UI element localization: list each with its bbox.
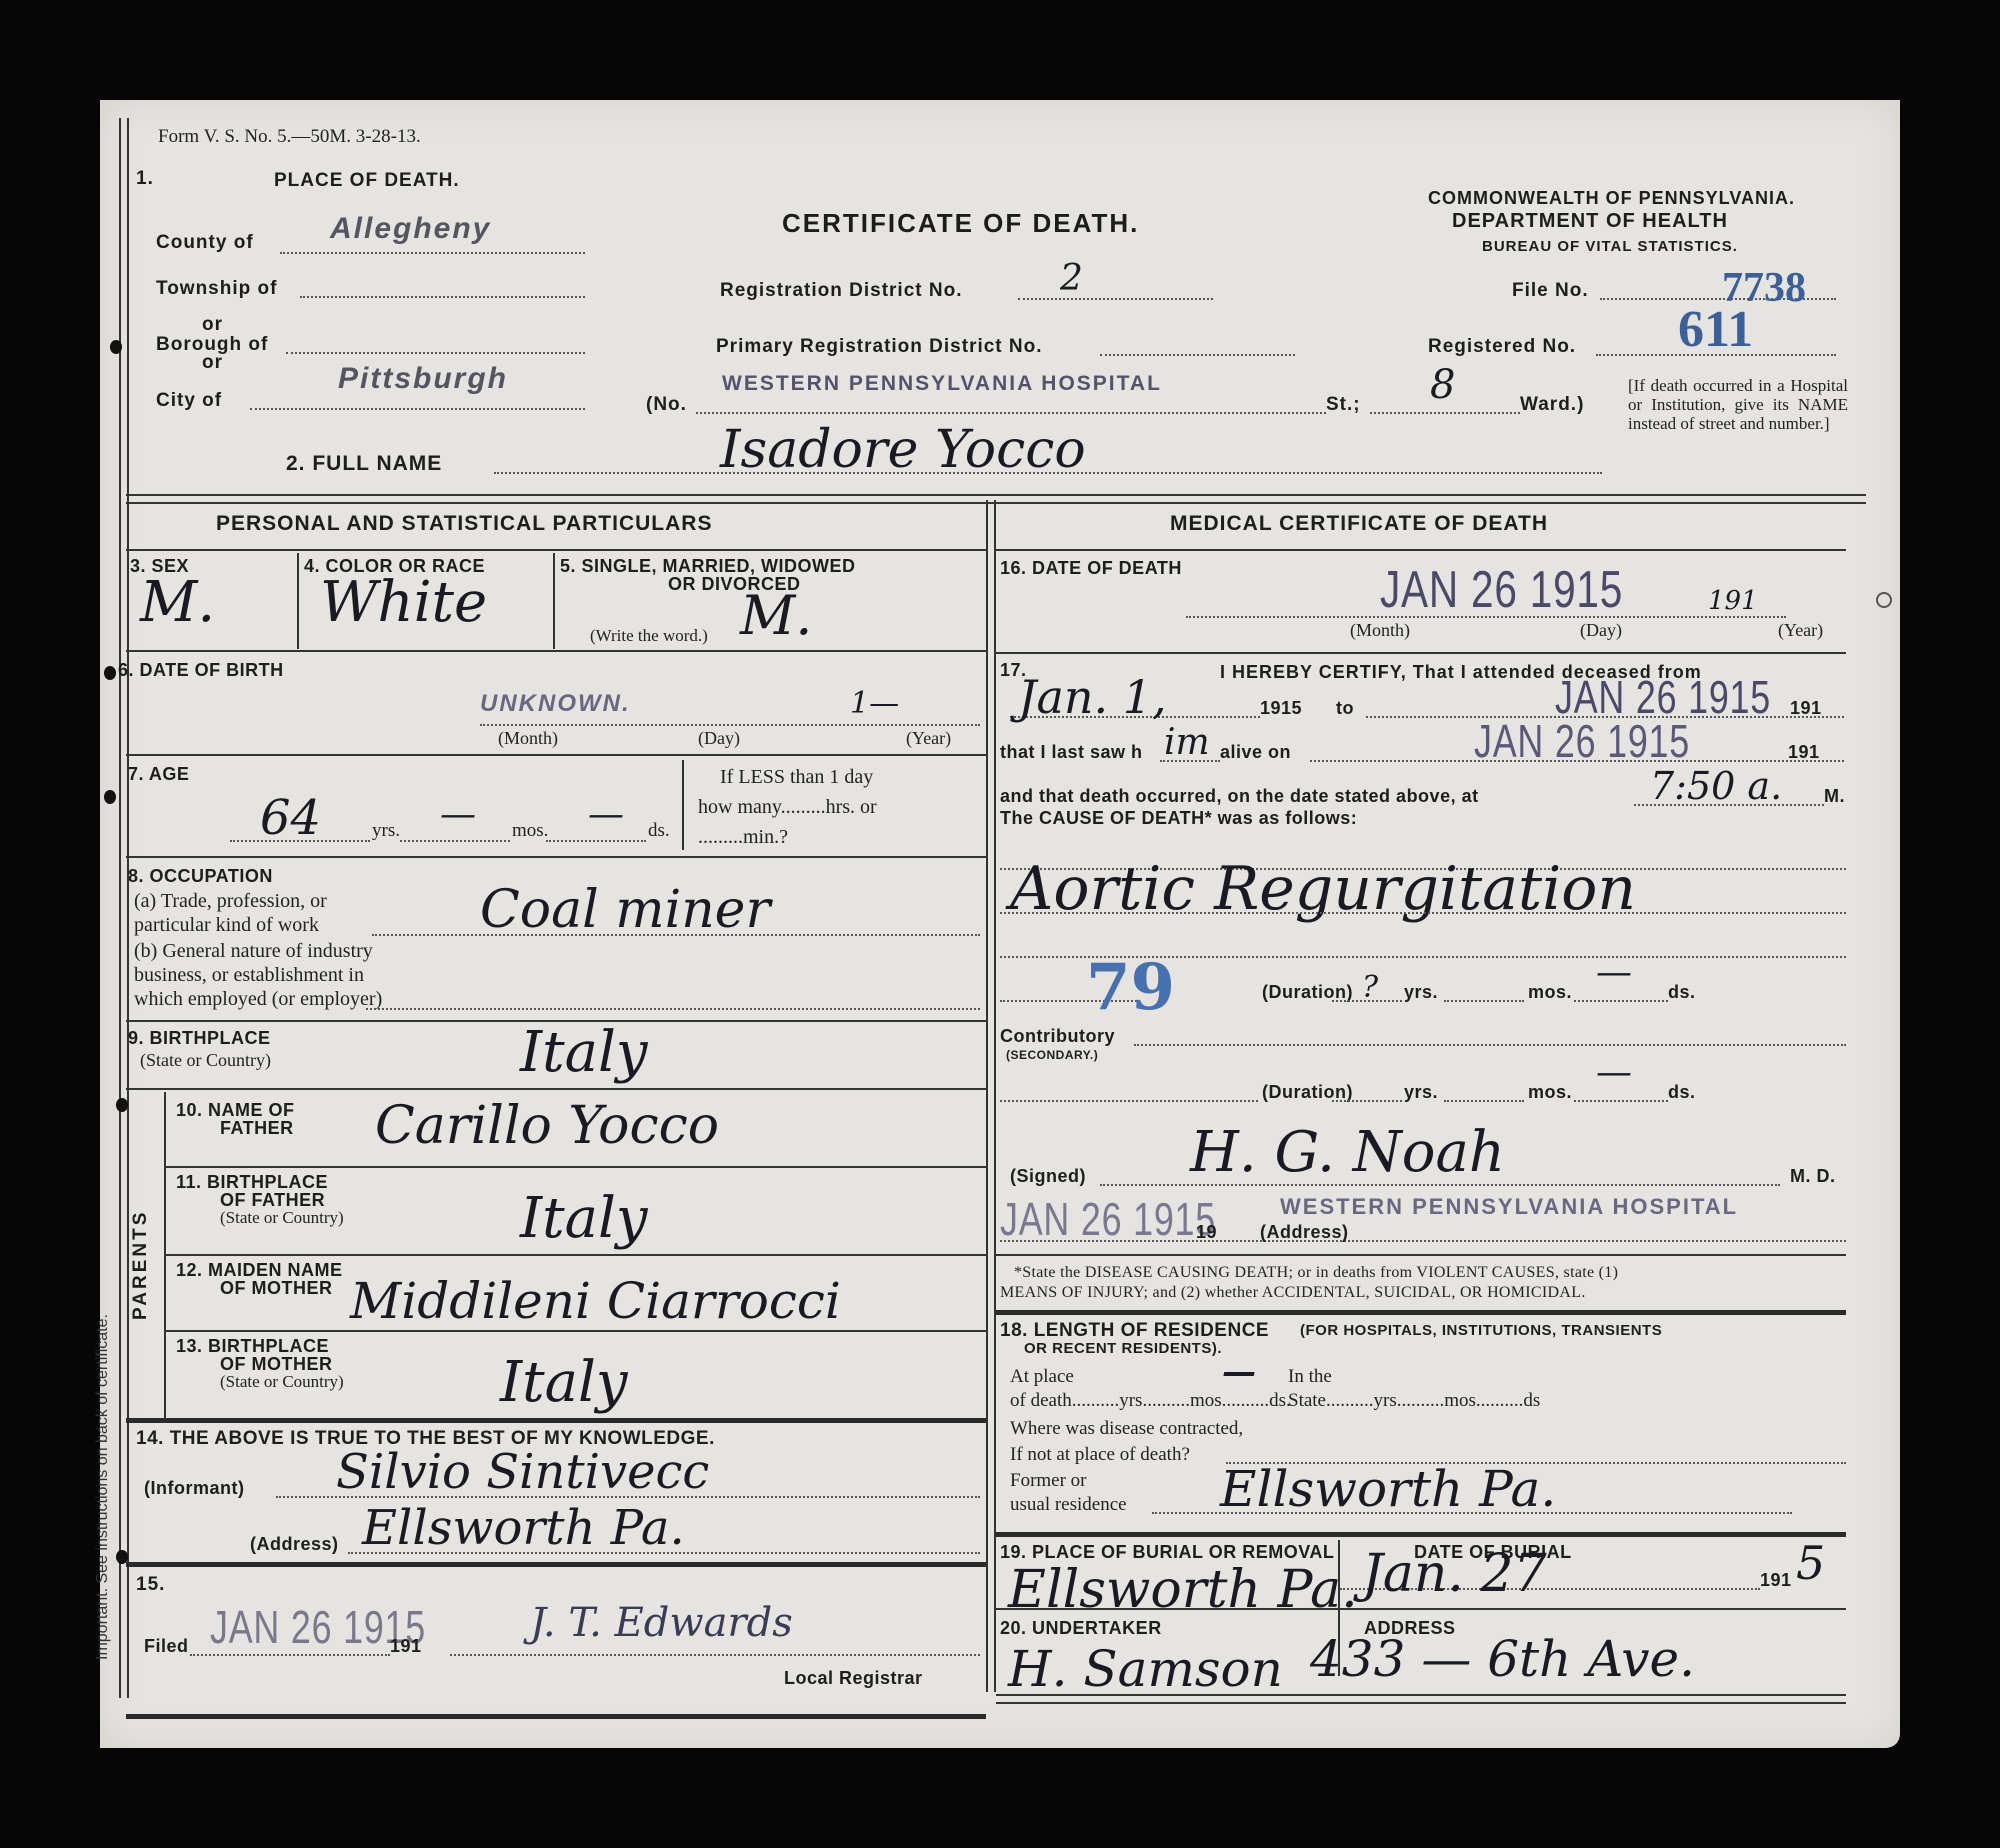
or-text: or [202,314,223,336]
minutes-field[interactable]: .........min.? [698,826,788,849]
date-of-death-stamp[interactable]: JAN 26 1915 [1380,560,1623,620]
row-divider [996,1608,1846,1610]
row-divider [126,754,986,756]
duration-days-line [1574,1000,1668,1002]
burial-date-field[interactable]: Jan. 27 [1362,1544,1547,1604]
city-label: City of [156,390,222,412]
burial-year-suffix[interactable]: 5 [1796,1536,1825,1590]
bottom-divider [126,1714,986,1719]
street-number-label: (No. [646,394,687,416]
row-divider [996,652,1846,654]
at-place-label: At place [1010,1366,1074,1388]
duration2-years-field[interactable] [1332,1100,1402,1102]
county-field[interactable]: Allegheny [330,212,491,246]
informant-label: (Informant) [144,1478,244,1499]
township-label: Township of [156,278,277,300]
industry-field[interactable] [366,1008,980,1010]
yrs-label: yrs. [1404,982,1438,1003]
row-divider [996,549,1846,551]
section-divider [996,1532,1846,1537]
registration-district-label: Registration District No. [720,280,962,302]
section-divider [126,1418,986,1423]
footnote-line-1: *State the DISEASE CAUSING DEATH; or in … [1014,1264,1618,1282]
undertaker-label: 20. UNDERTAKER [1000,1618,1162,1639]
residence-heading-note-2: OR RECENT RESIDENTS). [1024,1340,1222,1357]
attended-from-field[interactable]: Jan. 1, [1018,670,1167,724]
form-number: Form V. S. No. 5.—50M. 3-28-13. [158,126,421,148]
ward-label: Ward.) [1520,394,1584,416]
ds-label: ds. [648,820,670,842]
left-border [119,118,129,1698]
meridiem-suffix: M. [1824,786,1845,807]
contributory-field[interactable] [1134,1044,1846,1046]
alive-on-stamp[interactable]: JAN 26 1915 [1474,714,1690,768]
hours-field[interactable]: how many.........hrs. or [698,796,877,819]
less-than-day-label: If LESS than 1 day [720,766,873,789]
marital-status-field[interactable]: M. [740,584,812,647]
section-1-number: 1. [136,168,154,190]
informant-address-field[interactable]: Ellsworth Pa. [362,1500,685,1556]
primary-district-field[interactable] [1100,354,1295,356]
signed-date-stamp[interactable]: JAN 26 1915 [1000,1192,1216,1246]
md-label: M. D. [1790,1166,1836,1187]
to-year-prefix: 191 [1790,698,1822,719]
age-days-line [546,840,646,842]
death-time-label: and that death occurred, on the date sta… [1000,786,1479,807]
ink-blot [110,340,122,354]
issuer-line-3: BUREAU OF VITAL STATISTICS. [1482,238,1738,255]
section-15-number: 15. [136,1574,165,1596]
file-number-label: File No. [1512,280,1589,302]
informant-field[interactable]: Silvio Sintivecc [336,1444,709,1500]
death-time-field[interactable]: 7:50 a. [1650,764,1782,808]
date-of-death-label: 16. DATE OF DEATH [1000,558,1182,579]
year-caption: (Year) [1778,620,1823,641]
row-divider [996,1254,1846,1256]
year-caption: (Year) [906,728,951,749]
signed-label: (Signed) [1010,1166,1086,1187]
row-divider [166,1166,986,1168]
industry-label-2: business, or establishment in [134,964,364,987]
burial-year-prefix: 191 [1760,1570,1792,1591]
city-field-line [250,408,585,410]
section-divider [996,1310,1846,1315]
industry-label-3: which employed (or employer) [134,988,382,1011]
registration-district-line [1018,298,1213,300]
age-months-field[interactable]: — [440,794,476,835]
margin-instructions-note: Important. See instructions on back of c… [94,1314,112,1660]
issuer-line-2: DEPARTMENT OF HEALTH [1452,210,1728,233]
city-field[interactable]: Pittsburgh [338,362,508,396]
county-label: County of [156,232,254,254]
full-name-label: 2. FULL NAME [286,452,442,476]
sex-field[interactable]: M. [140,570,215,635]
date-of-birth-stamp: UNKNOWN. [480,690,631,718]
contributory-line-2[interactable] [1000,1100,1258,1102]
birthplace-sub-label: (State or Country) [140,1050,271,1071]
certificate-title: CERTIFICATE OF DEATH. [782,208,1139,239]
last-saw-pronoun-field[interactable]: im [1164,722,1210,763]
county-field-line [280,252,585,254]
alive-on-label: alive on [1220,742,1291,763]
ink-blot [104,790,116,804]
bottom-divider [996,1694,1846,1704]
yrs-label: yrs. [372,820,400,842]
ds-label: ds. [1668,1082,1696,1103]
section-divider [126,1562,986,1567]
cell-divider [682,760,684,850]
attended-from-year: 1915 [1260,698,1302,719]
mos-label: mos. [512,820,548,842]
birthplace-field[interactable]: Italy [520,1020,648,1085]
death-certificate-page: Important. See instructions on back of c… [100,100,1900,1748]
township-field[interactable] [300,296,585,298]
month-caption: (Month) [498,728,558,749]
residence-heading-note: (FOR HOSPITALS, INSTITUTIONS, TRANSIENTS [1300,1322,1662,1339]
registrar-signature[interactable]: J. T. Edwards [530,1600,793,1646]
physician-address-stamp[interactable]: WESTERN PENNSYLVANIA HOSPITAL [1280,1194,1738,1220]
date-of-birth-label: 6. DATE OF BIRTH [118,660,284,681]
hospital-instruction-note: [If death occurred in a Hospital or Inst… [1628,376,1848,433]
age-months-line [400,840,510,842]
age-label: 7. AGE [128,764,189,785]
occupation-a-label-2: particular kind of work [134,914,319,937]
duration-days-field[interactable]: — [1596,952,1632,993]
date-of-birth-year-field[interactable]: 1— [850,686,899,721]
secondary-label: (SECONDARY.) [1006,1048,1098,1062]
row-divider [166,1254,986,1256]
industry-label: (b) General nature of industry [134,940,373,963]
residence-heading: 18. LENGTH OF RESIDENCE [1000,1320,1269,1342]
mother-name-label-2: OF MOTHER [220,1278,333,1299]
to-label: to [1336,698,1354,719]
ds-label: ds. [1668,982,1696,1003]
ward-line [1370,412,1520,414]
physician-signature[interactable]: H. G. Noah [1190,1120,1505,1185]
cause-line-2 [1000,912,1846,914]
issuer-line-1: COMMONWEALTH OF PENNSYLVANIA. [1428,188,1795,209]
signed-year-prefix: 19 [1196,1222,1217,1243]
date-of-birth-line [480,724,980,726]
street-field[interactable] [696,412,1326,414]
undertaker-address-field[interactable]: 433 — 6th Ave. [1310,1630,1695,1688]
age-days-field[interactable]: — [588,794,624,835]
age-years-field[interactable]: 64 [260,790,321,846]
registrar-signature-line [450,1654,980,1656]
signature-address-line [1000,1240,1846,1242]
mother-name-field[interactable]: Middileni Ciarrocci [350,1272,841,1330]
day-caption: (Day) [698,728,740,749]
day-caption: (Day) [1580,620,1622,641]
footnote-line-2: MEANS OF INJURY; and (2) whether ACCIDEN… [1000,1284,1586,1302]
occupation-field[interactable]: Coal miner [480,880,770,940]
personal-particulars-heading: PERSONAL AND STATISTICAL PARTICULARS [216,512,712,536]
cell-divider [553,553,555,649]
mos-label: mos. [1528,1082,1572,1103]
institution-stamp: WESTERN PENNSYLVANIA HOSPITAL [722,372,1162,396]
local-registrar-label: Local Registrar [784,1668,923,1689]
primary-district-label: Primary Registration District No. [716,336,1043,358]
street-label: St.; [1326,394,1361,416]
father-name-label-2: FATHER [220,1118,294,1139]
former-residence-label-2: usual residence [1010,1494,1127,1516]
disease-contracted-label-2: If not at place of death? [1010,1444,1190,1466]
contributory-label: Contributory [1000,1026,1115,1047]
place-of-death-heading: PLACE OF DEATH. [274,170,460,192]
father-birthplace-field[interactable]: Italy [520,1186,648,1251]
former-residence-label: Former or [1010,1470,1087,1492]
registered-number-field[interactable]: 611 [1678,300,1753,359]
medical-certificate-heading: MEDICAL CERTIFICATE OF DEATH [1170,512,1548,536]
parents-side-label: PARENTS [130,1210,152,1320]
burial-place-field[interactable]: Ellsworth Pa. [1008,1560,1358,1620]
yrs-label: yrs. [1404,1082,1438,1103]
filed-label: Filed [144,1636,189,1657]
former-residence-field[interactable]: Ellsworth Pa. [1220,1460,1556,1518]
mos-label: mos. [1528,982,1572,1003]
ink-blot [116,1098,128,1112]
cause-code-annotation: 79 [1086,950,1175,1025]
undertaker-field[interactable]: H. Samson [1008,1640,1283,1698]
father-name-field[interactable]: Carillo Yocco [375,1096,719,1156]
in-state-field[interactable]: State..........yrs..........mos.........… [1288,1390,1540,1412]
ward-field[interactable]: 8 [1430,362,1455,408]
informant-address-label: (Address) [250,1534,339,1555]
disease-contracted-label: Where was disease contracted, [1010,1418,1243,1440]
cell-divider [297,553,299,649]
row-divider [126,1088,986,1090]
month-caption: (Month) [1350,620,1410,641]
in-state-label: In the [1288,1366,1332,1388]
last-saw-label: that I last saw h [1000,742,1143,763]
race-field[interactable]: White [320,570,487,635]
column-divider [986,500,996,1692]
registration-district-field[interactable]: 2 [1060,258,1083,299]
cause-of-death-label: The CAUSE OF DEATH* was as follows: [1000,808,1357,829]
at-place-months-field[interactable]: — [1222,1352,1256,1392]
full-name-field[interactable]: Isadore Yocco [720,420,1086,480]
mother-birthplace-field[interactable]: Italy [500,1350,628,1415]
duration2-days-line [1574,1100,1668,1102]
punch-hole-icon [1876,592,1892,608]
occupation-a-label: (a) Trade, profession, or [134,890,327,913]
marital-status-hint: (Write the word.) [590,626,708,646]
occupation-label: 8. OCCUPATION [128,866,273,887]
row-divider [166,1330,986,1332]
ink-blot [104,666,116,680]
duration-months-field[interactable] [1444,1000,1524,1002]
row-divider [126,650,986,652]
alive-year-prefix: 191 [1788,742,1820,763]
row-divider [126,856,986,858]
mother-birthplace-sub: (State or Country) [220,1372,344,1392]
duration2-months-field[interactable] [1444,1100,1524,1102]
physician-address-label: (Address) [1260,1222,1349,1243]
filed-year-prefix: 191 [390,1636,422,1657]
duration-years-field[interactable]: ? [1362,970,1378,1005]
date-of-death-year: 191 [1708,586,1758,616]
father-birthplace-sub: (State or Country) [220,1208,344,1228]
registered-number-label: Registered No. [1428,336,1576,358]
or-text: or [202,352,223,374]
row-divider [126,549,986,551]
section-divider [126,494,1866,504]
at-place-of-death-field[interactable]: of death..........yrs..........mos......… [1010,1390,1291,1412]
duration2-days-field[interactable]: — [1596,1052,1632,1093]
borough-field[interactable] [286,352,585,354]
filed-date-line [190,1654,390,1656]
birthplace-label: 9. BIRTHPLACE [128,1028,271,1049]
